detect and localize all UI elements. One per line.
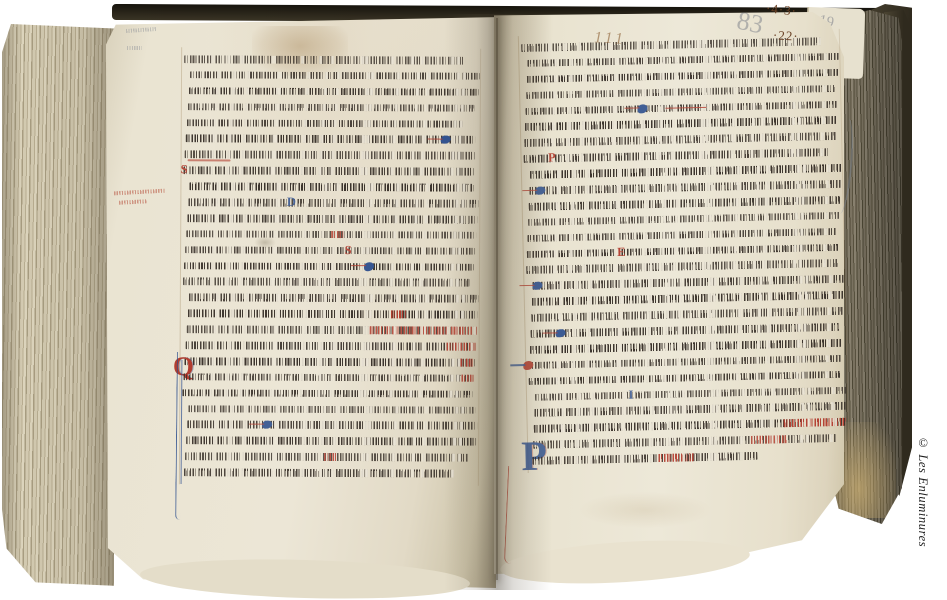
penwork-rubric xyxy=(462,374,474,382)
manuscript-text-line xyxy=(532,291,844,306)
verso-text-column: SDSQ xyxy=(185,55,477,486)
manuscript-text-line: D xyxy=(188,198,478,207)
penwork-pilcrow xyxy=(523,361,533,370)
manuscript-text-line xyxy=(530,323,839,338)
penwork-pilcrow xyxy=(535,186,545,195)
manuscript-text-line xyxy=(534,418,846,433)
folio-number: 111 xyxy=(592,29,627,49)
manuscript-text-line: I xyxy=(535,386,847,401)
penwork-pilcrow xyxy=(441,136,451,145)
manuscript-text-line xyxy=(184,55,465,64)
manuscript-text-line: Q xyxy=(185,357,475,366)
manuscript-text-line xyxy=(189,87,479,96)
manuscript-text-line xyxy=(186,437,476,446)
manuscript-text-line xyxy=(185,151,475,160)
penwork-pilcrow xyxy=(364,262,374,271)
manuscript-text-line xyxy=(183,278,470,287)
manuscript-text-line xyxy=(182,389,472,398)
manuscript-text-line xyxy=(188,103,475,112)
manuscript-photo: 19 SDSQ PEIP 111 83 ·4·3· ·22· © Les Enl… xyxy=(0,0,947,600)
manuscript-text-line xyxy=(527,228,836,243)
gutter-crease xyxy=(496,18,498,580)
manuscript-text-line xyxy=(186,341,476,350)
manuscript-text-line: E xyxy=(527,243,839,258)
penwork-rubric xyxy=(783,418,846,427)
manuscript-text-line: P xyxy=(524,148,830,163)
manuscript-text-line xyxy=(526,85,835,100)
manuscript-text-line xyxy=(529,355,841,370)
manuscript-text-line xyxy=(525,116,837,131)
penwork-pilcrow xyxy=(263,421,273,430)
manuscript-text-line xyxy=(189,294,479,303)
penwork-rubric xyxy=(658,453,694,461)
penwork-rubric xyxy=(324,453,335,461)
manuscript-text-line xyxy=(529,371,841,386)
manuscript-text-line xyxy=(187,119,463,128)
penwork-initial-S: S xyxy=(345,244,352,257)
manuscript-text-line: P xyxy=(533,434,836,448)
manuscript-text-line xyxy=(186,135,476,144)
recto-text-column: PEIP xyxy=(524,37,846,473)
blue-penwork-flourish xyxy=(181,360,186,484)
penwork-underline xyxy=(187,159,231,161)
penwork-rubric xyxy=(751,435,787,443)
manuscript-text-line xyxy=(529,196,841,211)
penwork-rubric xyxy=(460,359,475,367)
manuscript-text-line xyxy=(534,402,846,417)
manuscript-text-line xyxy=(532,452,757,465)
manuscript-text-line xyxy=(188,405,475,414)
manuscript-text-line xyxy=(526,259,838,274)
manuscript-text-line xyxy=(530,164,842,179)
penwork-rubric xyxy=(369,326,476,334)
manuscript-text-line xyxy=(527,53,839,68)
manuscript-text-line xyxy=(183,373,473,382)
penwork-initial-P: P xyxy=(548,152,556,165)
manuscript-text-line xyxy=(530,339,842,354)
manuscript-text-line: S xyxy=(184,166,474,175)
manuscript-text-line xyxy=(188,310,478,319)
copyright-watermark: © Les Enluminures xyxy=(915,436,930,576)
pencil-mark xyxy=(127,46,142,50)
penwork-initial-E: E xyxy=(617,245,626,258)
manuscript-text-line xyxy=(531,307,843,322)
penwork-rubric xyxy=(447,343,476,351)
manuscript-text-line xyxy=(186,230,476,239)
manuscript-text-line xyxy=(524,132,836,147)
manuscript-text-line xyxy=(525,100,837,115)
manuscript-text-line xyxy=(189,182,473,191)
manuscript-text-line xyxy=(184,468,454,477)
manuscript-text-line xyxy=(190,71,480,80)
ink-shelfmark-upper: ·4·3· xyxy=(765,0,798,19)
manuscript-text-line xyxy=(528,212,840,227)
manuscript-text-line xyxy=(187,421,477,430)
penwork-initial-I: I xyxy=(628,388,633,401)
penwork-strike xyxy=(666,106,707,109)
manuscript-text-line: S xyxy=(185,246,475,255)
parchment-stain xyxy=(580,492,710,528)
manuscript-text-line xyxy=(187,214,477,223)
manuscript-text-line xyxy=(532,275,844,290)
penwork-initial-D: D xyxy=(287,196,296,209)
penwork-pilcrow xyxy=(638,104,648,113)
penwork-pilcrow xyxy=(555,329,565,338)
manuscript-text-line xyxy=(187,325,477,334)
manuscript-text-line xyxy=(185,453,469,462)
ink-shelfmark-lower: ·22· xyxy=(773,27,799,44)
left-page-block-edges xyxy=(2,24,114,588)
penwork-pilcrow xyxy=(532,282,542,291)
penwork-initial-S: S xyxy=(181,163,188,176)
manuscript-text-line xyxy=(529,180,841,195)
manuscript-text-line xyxy=(184,262,474,271)
manuscript-text-line xyxy=(527,69,839,84)
penwork-rubric xyxy=(331,231,343,239)
penwork-rubric xyxy=(391,311,406,319)
